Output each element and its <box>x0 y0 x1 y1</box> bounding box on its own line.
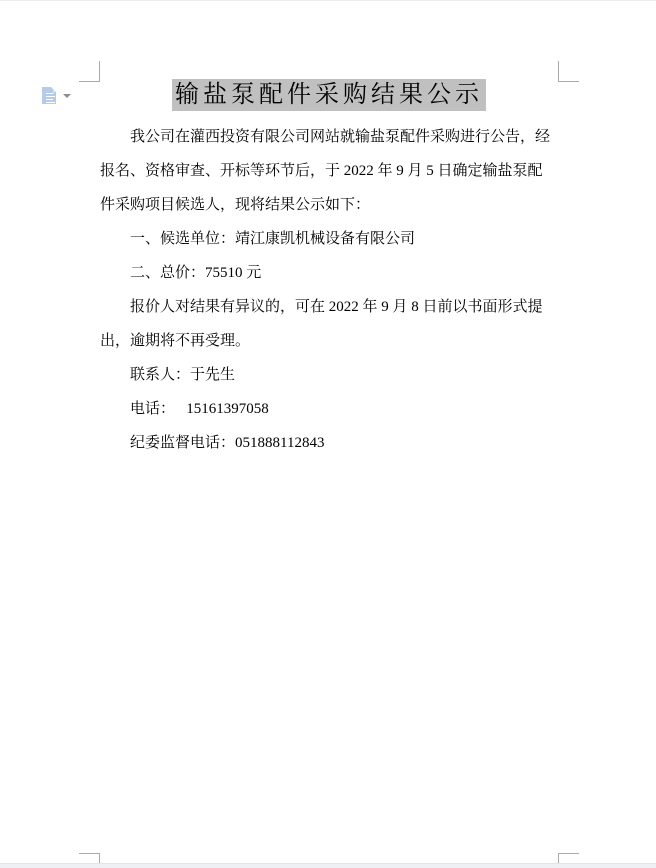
margin-crop-mark-top-right <box>558 81 579 82</box>
document-page[interactable]: 输盐泵配件采购结果公示 我公司在灌西投资有限公司网站就输盐泵配件采购进行公告，经… <box>0 0 656 868</box>
paste-options-icon <box>42 87 56 104</box>
document-line[interactable]: 电话： 15161397058 <box>100 400 602 418</box>
margin-crop-mark-top-left <box>79 81 100 82</box>
page-fold-icon <box>53 89 58 94</box>
document-line[interactable]: 我公司在灌西投资有限公司网站就输盐泵配件采购进行公告，经 <box>100 128 602 146</box>
document-line[interactable]: 联系人：于先生 <box>100 366 602 384</box>
margin-crop-mark-bottom-left <box>99 853 100 863</box>
margin-crop-mark-top-right <box>558 61 559 81</box>
margin-crop-mark-bottom-right <box>558 853 559 863</box>
document-title-row: 输盐泵配件采购结果公示 <box>100 79 558 111</box>
document-line[interactable]: 报价人对结果有异议的，可在 2022 年 9 月 8 日前以书面形式提 <box>100 298 602 316</box>
document-line[interactable]: 出，逾期将不再受理。 <box>100 332 572 350</box>
paste-options-button[interactable] <box>40 85 76 109</box>
margin-crop-mark-top-left <box>99 61 100 81</box>
page-bottom-gap <box>0 863 656 868</box>
document-line[interactable]: 报名、资格审查、开标等环节后，于 2022 年 9 月 5 日确定输盐泵配 <box>100 162 572 180</box>
document-title[interactable]: 输盐泵配件采购结果公示 <box>172 79 486 111</box>
margin-crop-mark-bottom-left <box>79 853 100 854</box>
margin-crop-mark-bottom-right <box>558 853 579 854</box>
document-line[interactable]: 二、总价：75510 元 <box>100 264 602 282</box>
document-line[interactable]: 纪委监督电话：051888112843 <box>100 434 602 452</box>
document-line[interactable]: 件采购项目候选人，现将结果公示如下： <box>100 196 572 214</box>
chevron-down-icon[interactable] <box>63 94 71 98</box>
document-line[interactable]: 一、候选单位：靖江康凯机械设备有限公司 <box>100 230 602 248</box>
